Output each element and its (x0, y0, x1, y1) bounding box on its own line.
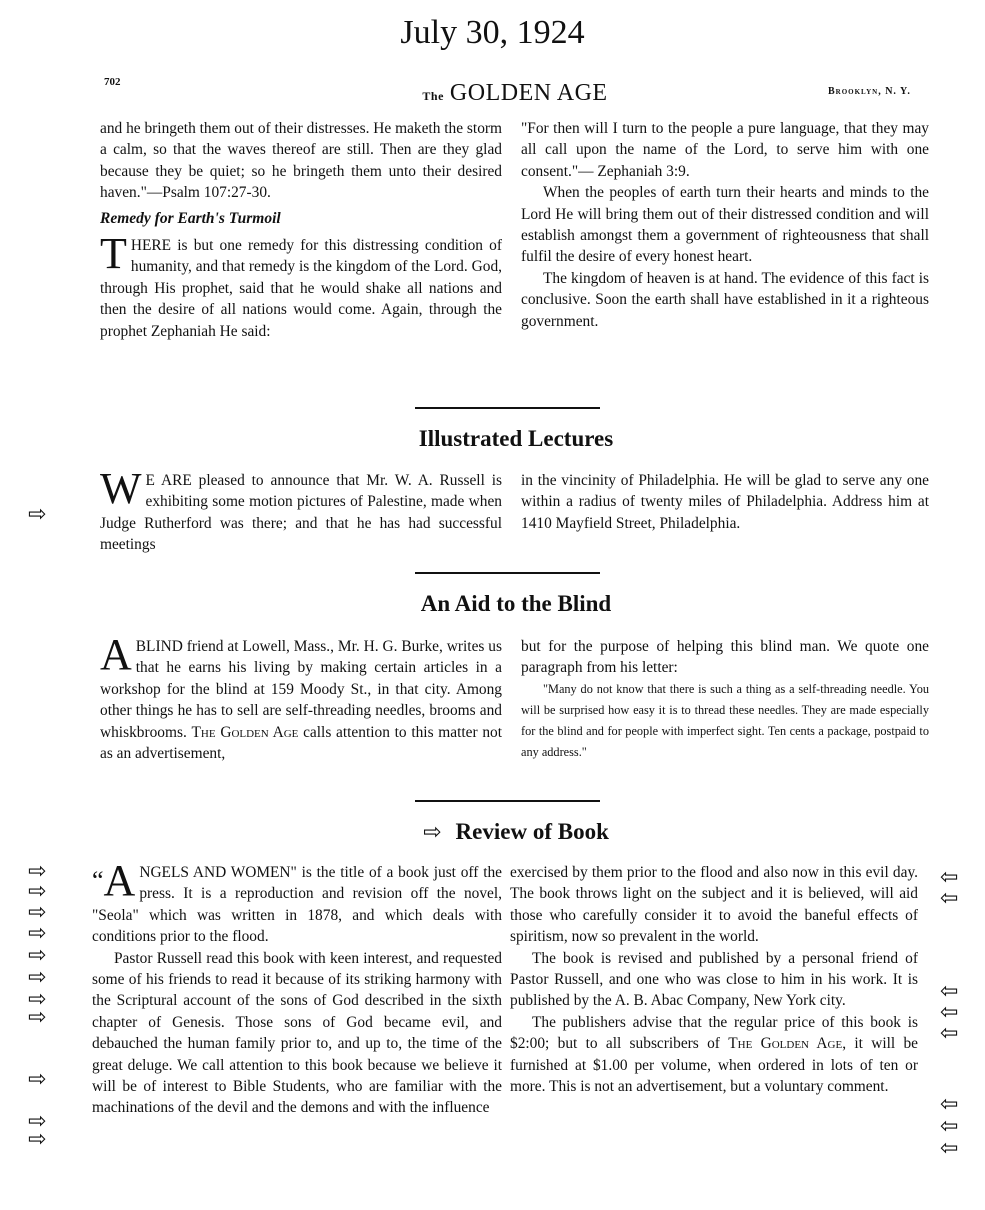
blind-paragraph: ABLIND friend at Lowell, Mass., Mr. H. G… (100, 636, 502, 764)
arrow-right-icon: ⇨ (28, 882, 46, 902)
page-date: July 30, 1924 (0, 14, 985, 52)
arrow-right-icon: ⇨ (28, 1130, 46, 1150)
heading-aid-to-blind: An Aid to the Blind (0, 591, 985, 617)
arrow-left-icon: ⇦ (940, 868, 958, 888)
arrow-right-icon: ⇨ (423, 820, 441, 845)
subheading-remedy: Remedy for Earth's Turmoil (100, 208, 502, 229)
lectures-text: E ARE pleased to announce that Mr. W. A.… (100, 472, 502, 553)
article2-left-column: WE ARE pleased to announce that Mr. W. A… (100, 470, 502, 556)
masthead-place: Brooklyn, N. Y. (828, 86, 911, 97)
kingdom-paragraph: The kingdom of heaven is at hand. The ev… (521, 268, 929, 332)
divider-rule (415, 572, 600, 574)
article1-left-column: and he bringeth them out of their distre… (100, 118, 502, 342)
article3-right-column: but for the purpose of helping this blin… (521, 636, 929, 763)
arrow-right-icon: ⇨ (28, 924, 46, 944)
publication-name: The Golden Age (192, 724, 299, 741)
arrow-left-icon: ⇦ (940, 982, 958, 1002)
masthead-prefix: The (422, 89, 444, 103)
publication-name: The Golden Age (728, 1035, 842, 1052)
drop-cap: T (100, 237, 127, 271)
lectures-continued: in the vincinity of Philadelphia. He wil… (521, 470, 929, 534)
angels-paragraph: “ANGELS AND WOMEN" is the title of a boo… (92, 862, 502, 948)
angels-text: NGELS AND WOMEN" is the title of a book … (92, 864, 502, 945)
arrow-right-icon: ⇨ (28, 505, 46, 525)
arrow-left-icon: ⇦ (940, 1024, 958, 1044)
arrow-left-icon: ⇦ (940, 889, 958, 909)
article4-left-column: “ANGELS AND WOMEN" is the title of a boo… (92, 862, 502, 1119)
arrow-right-icon: ⇨ (28, 968, 46, 988)
arrow-right-icon: ⇨ (28, 946, 46, 966)
article2-right-column: in the vincinity of Philadelphia. He wil… (521, 470, 929, 534)
arrow-left-icon: ⇦ (940, 1117, 958, 1137)
publisher-paragraph: The book is revised and published by a p… (510, 948, 918, 1012)
influence-continued: exercised by them prior to the flood and… (510, 862, 918, 948)
russell-paragraph: Pastor Russell read this book with keen … (92, 948, 502, 1119)
drop-cap: W (100, 472, 142, 506)
heading-review-of-book: ⇨Review of Book (0, 819, 985, 845)
article3-left-column: ABLIND friend at Lowell, Mass., Mr. H. G… (100, 636, 502, 764)
remedy-text: HERE is but one remedy for this distress… (100, 237, 502, 340)
arrow-left-icon: ⇦ (940, 1003, 958, 1023)
arrow-left-icon: ⇦ (940, 1095, 958, 1115)
heading-illustrated-lectures: Illustrated Lectures (0, 426, 985, 452)
arrow-right-icon: ⇨ (28, 1070, 46, 1090)
drop-letter: A (104, 856, 136, 905)
psalm-paragraph: and he bringeth them out of their distre… (100, 118, 502, 204)
zephaniah-quote: "For then will I turn to the people a pu… (521, 118, 929, 182)
divider-rule (415, 407, 600, 409)
price-paragraph: The publishers advise that the regular p… (510, 1012, 918, 1098)
heading-text: Review of Book (456, 819, 609, 844)
article1-right-column: "For then will I turn to the people a pu… (521, 118, 929, 332)
blind-continued: but for the purpose of helping this blin… (521, 636, 929, 679)
arrow-right-icon: ⇨ (28, 1008, 46, 1028)
open-quote: “ (92, 866, 104, 895)
arrow-right-icon: ⇨ (28, 903, 46, 923)
drop-cap: “A (92, 864, 135, 898)
drop-cap: A (100, 638, 132, 672)
peoples-paragraph: When the peoples of earth turn their hea… (521, 182, 929, 268)
divider-rule (415, 800, 600, 802)
letter-quote: "Many do not know that there is such a t… (521, 679, 929, 763)
arrow-left-icon: ⇦ (940, 1139, 958, 1159)
lectures-paragraph: WE ARE pleased to announce that Mr. W. A… (100, 470, 502, 556)
masthead-title: GOLDEN AGE (450, 80, 608, 106)
remedy-paragraph: THERE is but one remedy for this distres… (100, 235, 502, 342)
article4-right-column: exercised by them prior to the flood and… (510, 862, 918, 1097)
